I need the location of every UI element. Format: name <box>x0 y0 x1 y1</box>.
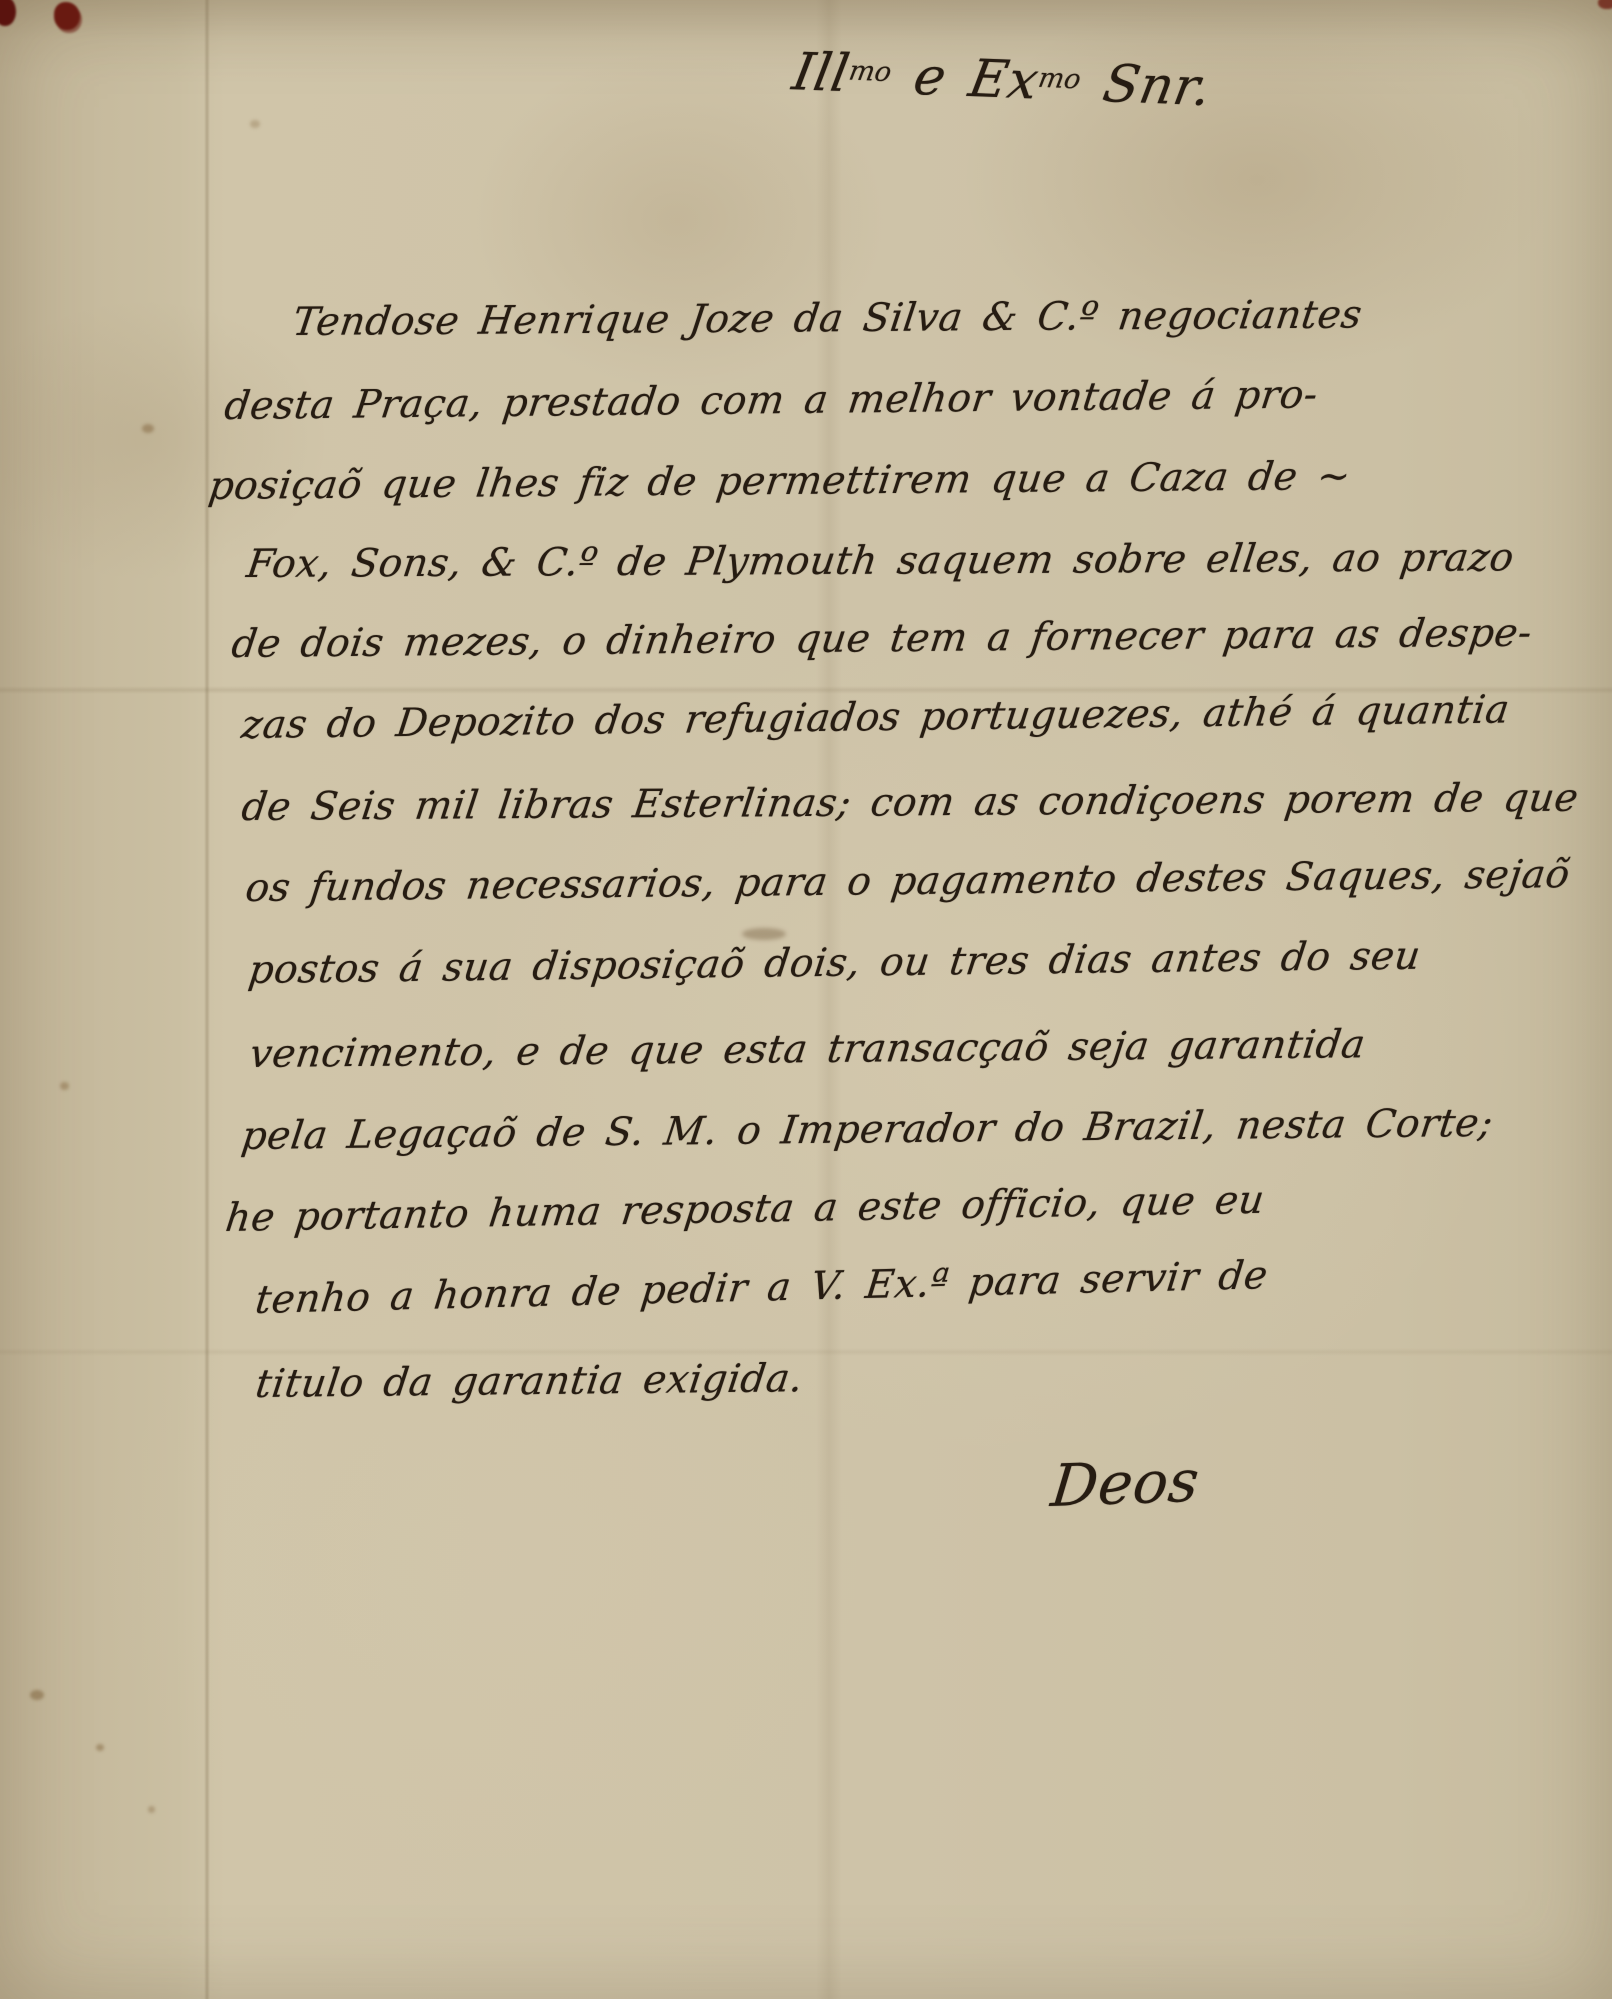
handwritten-line: Tendose Henrique Joze da Silva & C.º neg… <box>290 292 1365 345</box>
salutation-superscript: mo <box>846 56 893 88</box>
salutation-superscript: mo <box>1036 63 1083 95</box>
handwritten-line: vencimento, e de que esta transacçaõ sej… <box>247 1022 1368 1077</box>
handwritten-line: os fundos necessarios, para o pagamento … <box>243 852 1573 911</box>
closing-word: Deos <box>1048 1447 1203 1520</box>
foxing-spot <box>30 1690 44 1700</box>
salutation-text: Ill <box>788 42 854 104</box>
handwritten-line: de Seis mil libras Esterlinas; com as co… <box>239 776 1581 830</box>
handwritten-line: posiçaõ que lhes fiz de permettirem que … <box>206 454 1354 509</box>
foxing-spot <box>96 1744 104 1751</box>
ink-smudge <box>742 928 786 940</box>
handwritten-line: pela Legaçaõ de S. M. o Imperador do Bra… <box>239 1101 1496 1159</box>
horizontal-fold-crease <box>0 1348 1612 1356</box>
salutation-text: Snr. <box>1075 53 1216 118</box>
foxing-spot <box>60 1082 69 1090</box>
handwritten-line: titulo da garantia exigida. <box>253 1356 806 1407</box>
red-seal-mark <box>0 0 16 26</box>
salutation-text: e Ex <box>885 46 1043 111</box>
foxing-spot <box>148 1806 155 1813</box>
foxing-spot <box>142 424 154 433</box>
red-seal-mark <box>1598 0 1612 9</box>
handwritten-line: he portanto huma resposta a este officio… <box>223 1178 1267 1241</box>
handwritten-line: de dois mezes, o dinheiro que tem a forn… <box>229 611 1535 667</box>
handwritten-line: zas do Depozito dos refugiados portuguez… <box>239 687 1512 748</box>
handwritten-line: desta Praça, prestado com a melhor vonta… <box>222 372 1321 429</box>
handwritten-line: postos á sua disposiçaõ dois, ou tres di… <box>246 934 1423 993</box>
salutation: Illmo e Exmo Snr. <box>788 42 1216 118</box>
manuscript-page: Illmo e Exmo Snr. Tendose Henrique Joze … <box>0 0 1612 1999</box>
vertical-fold-crease <box>204 0 210 1999</box>
handwritten-line: Fox, Sons, & C.º de Plymouth saquem sobr… <box>244 535 1517 587</box>
foxing-spot <box>250 120 260 128</box>
handwritten-line: tenho a honra de pedir a V. Ex.ª para se… <box>253 1253 1270 1323</box>
red-seal-mark <box>54 2 80 30</box>
